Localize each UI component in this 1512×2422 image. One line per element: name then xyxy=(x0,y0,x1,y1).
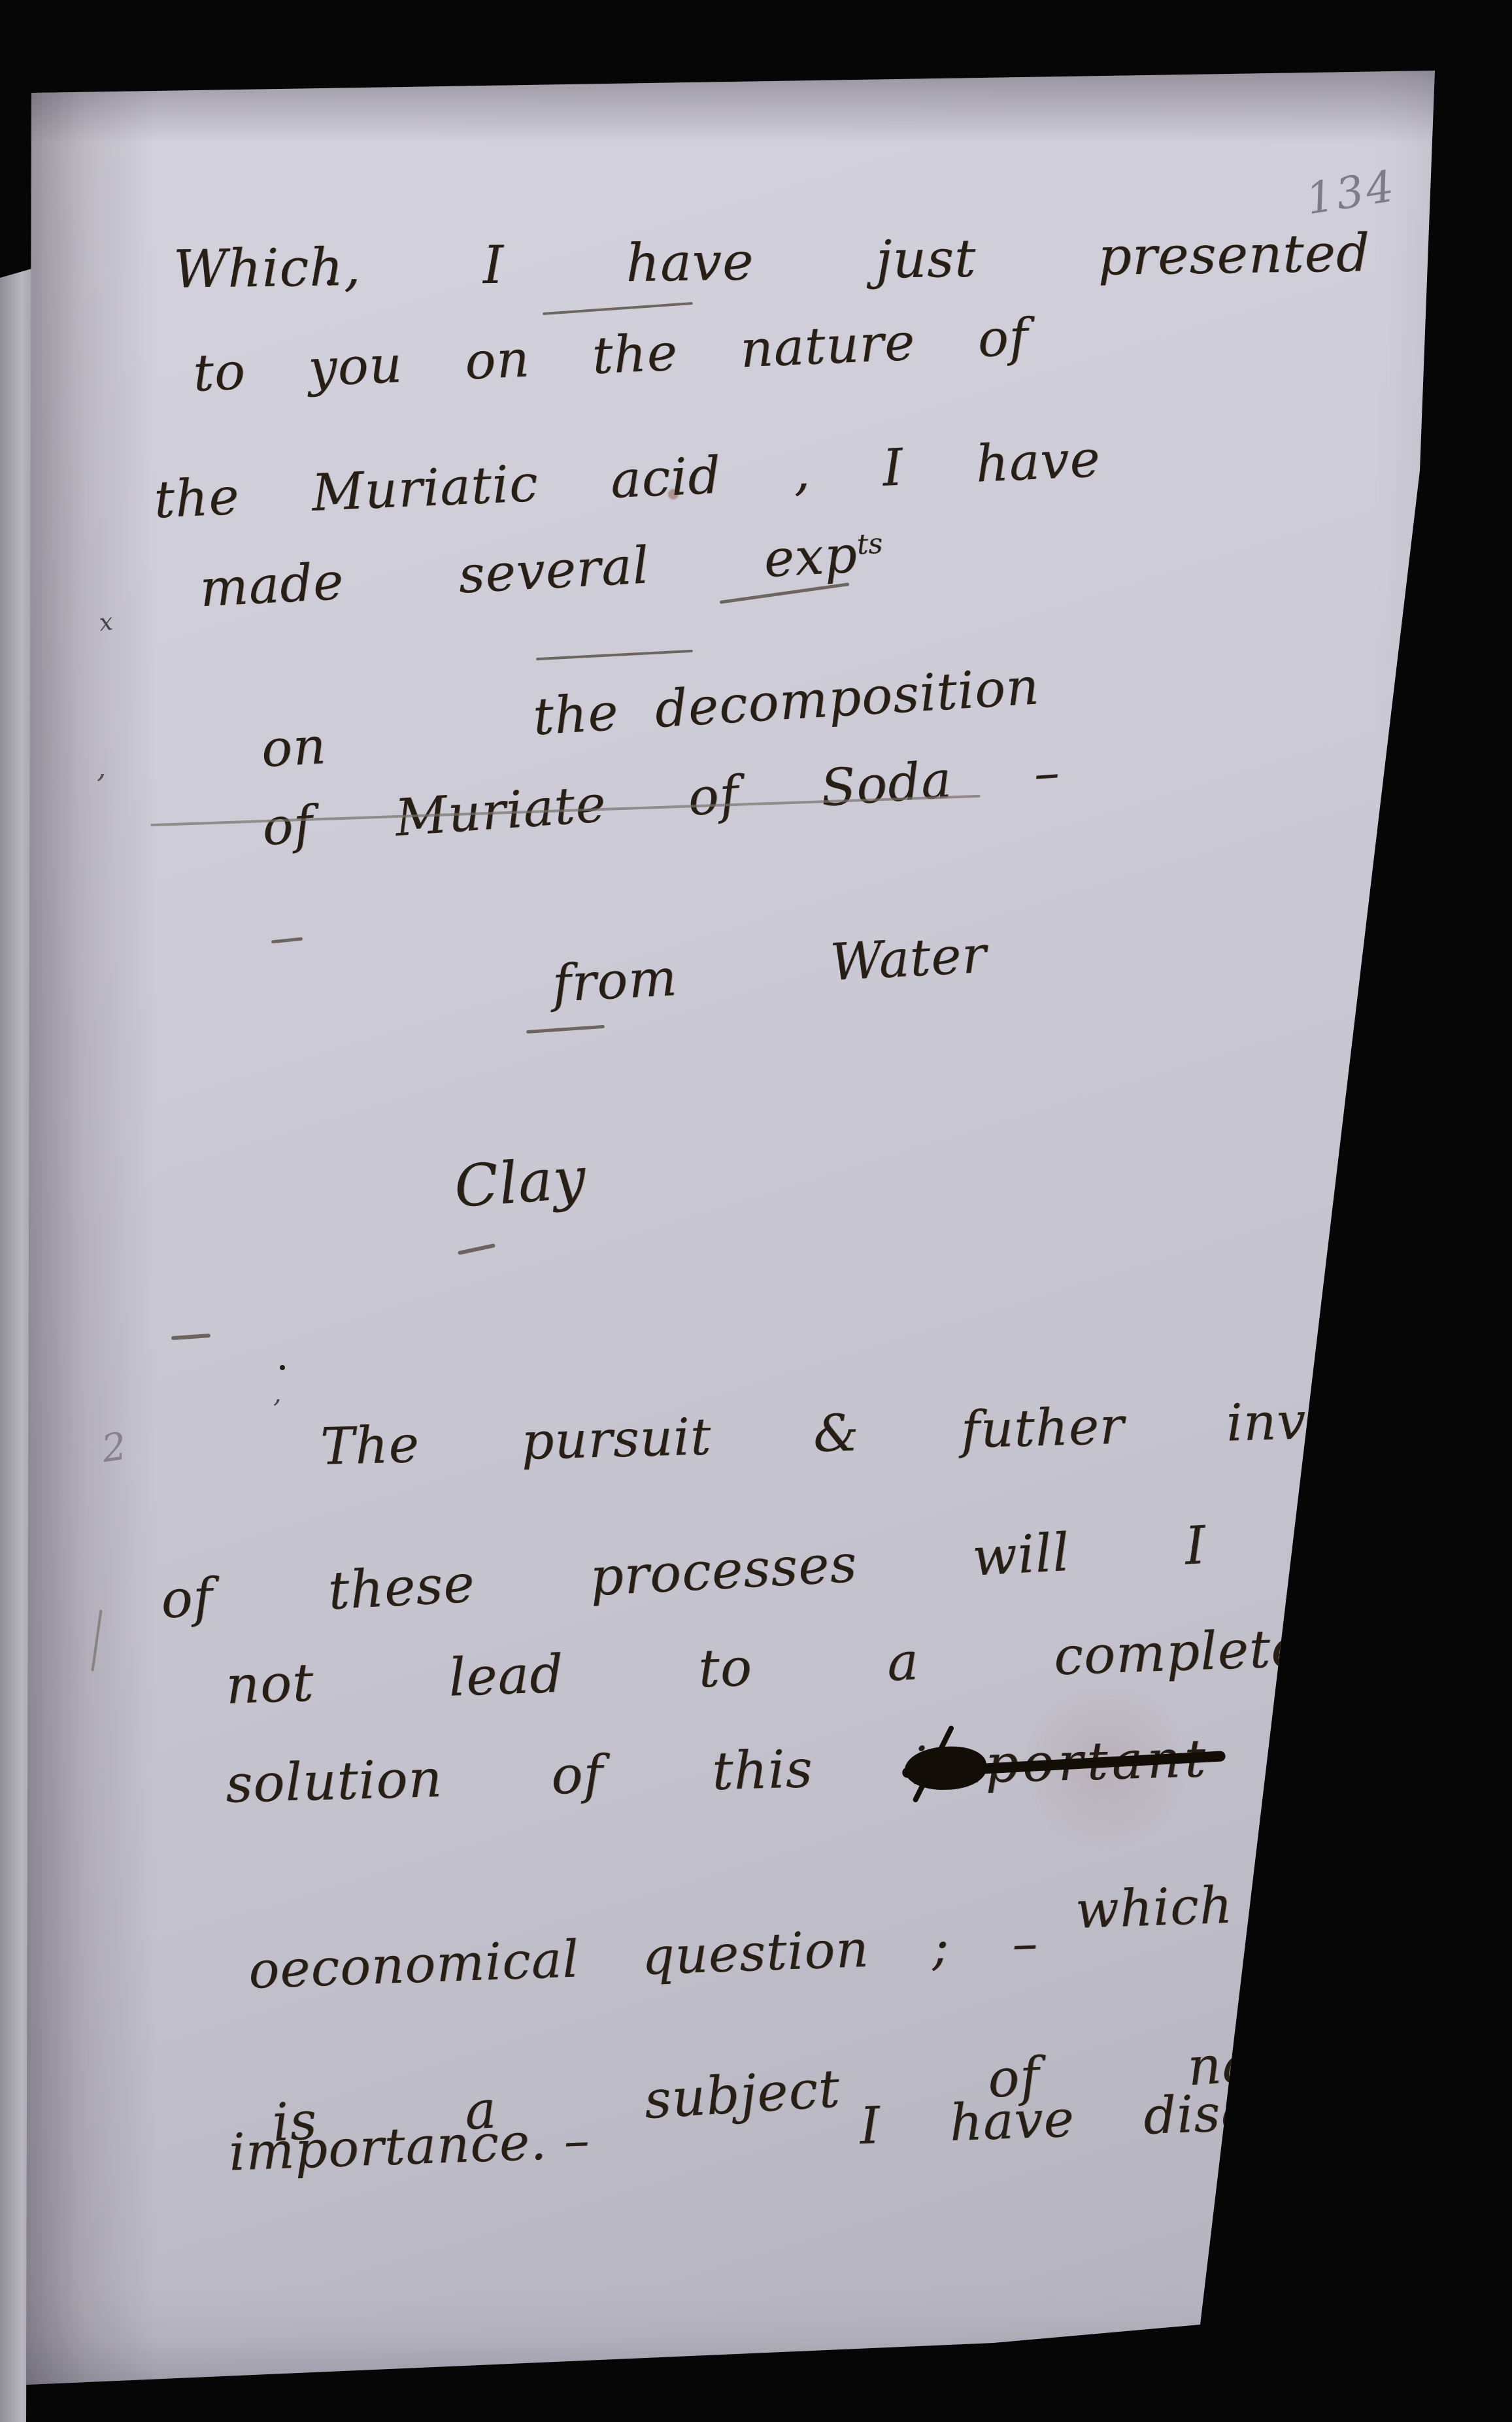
manuscript-page: 134 Which, I have just presented to you … xyxy=(0,0,1512,2422)
struck-out-word: important xyxy=(911,1732,1211,1792)
stray-comma-mark: , xyxy=(273,1381,282,1407)
manuscript-line-15a: importance. – xyxy=(228,2115,591,2178)
manuscript-line-8: Clay xyxy=(452,1149,588,1216)
manuscript-line-7a: from xyxy=(551,952,679,1010)
stray-cross-mark: x xyxy=(98,611,114,635)
ink-dot xyxy=(327,280,333,286)
superscript-abbreviation: ts xyxy=(856,528,884,562)
stray-comma-mark: , xyxy=(97,752,107,782)
ink-dot xyxy=(280,1365,285,1370)
stray-squiggle-mark: 2 xyxy=(99,1427,129,1468)
manuscript-line-7b: Water xyxy=(829,930,988,988)
manuscript-line-13b: which xyxy=(1075,1880,1234,1936)
manuscript-line-1: Which, I have just presented xyxy=(173,227,1371,296)
manuscript-photo: 134 Which, I have just presented to you … xyxy=(0,0,1512,2422)
manuscript-line-5a: on xyxy=(260,720,328,775)
